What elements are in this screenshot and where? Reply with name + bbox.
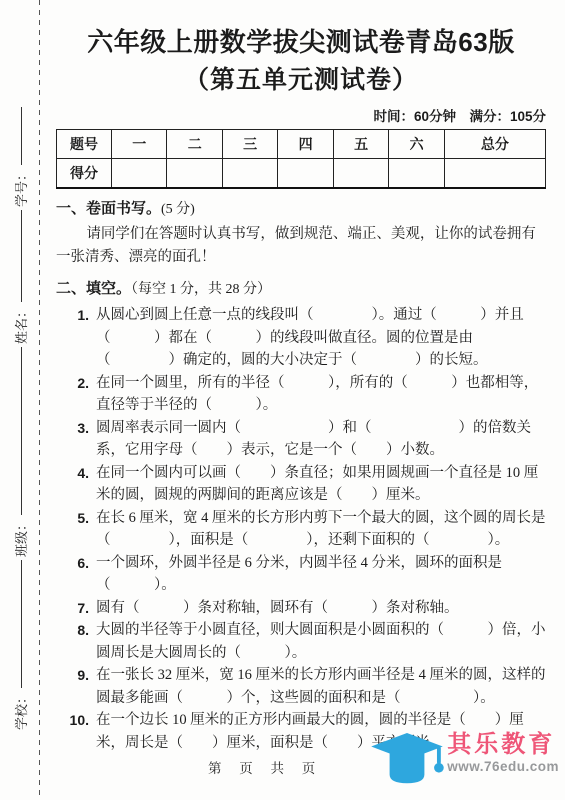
- question-item: 9.在一张长 32 厘米，宽 16 厘米的长方形内画半径是 4 厘米的圆，这样的…: [56, 664, 546, 709]
- question-item: 3.圆周率表示同一圆内（ ）和（ ）的倍数关系，它用字母（ ）表示，它是一个（ …: [56, 417, 546, 462]
- seal-blank-line: [21, 107, 22, 165]
- question-number: 2.: [56, 372, 89, 395]
- question-item: 5.在长 6 厘米，宽 4 厘米的长方形内剪下一个最大的圆，这个圆的周长是（ ）…: [56, 507, 546, 552]
- question-text: 大圆的半径等于小圆直径，则大圆面积是小圆面积的（ ）倍，小圆周长是大圆周长的（ …: [96, 622, 546, 661]
- seal-dashed-line: [39, 0, 41, 800]
- page-title: 六年级上册数学拔尖测试卷青岛63版: [56, 25, 546, 59]
- question-number: 1.: [56, 304, 89, 327]
- brand-text-block: 其乐教育 www.76edu.com: [447, 732, 559, 775]
- question-number: 3.: [56, 417, 89, 440]
- score-blank-cell: [333, 159, 388, 189]
- score-blank-cell: [167, 159, 222, 189]
- seal-field-name: 姓名：: [11, 305, 30, 344]
- question-number: 6.: [56, 552, 89, 575]
- question-number: 8.: [56, 619, 89, 642]
- score-table-cell: 一: [112, 130, 167, 159]
- section-one-heading: 一、卷面书写。(5 分): [56, 198, 546, 221]
- question-number: 7.: [56, 597, 89, 620]
- question-item: 1.从圆心到圆上任意一点的线段叫（ ）。通过（ ）并且（ ）都在（ ）的线段叫做…: [56, 304, 546, 372]
- section-one-score: (5 分): [161, 202, 195, 217]
- score-table-cell: 得分: [57, 159, 112, 189]
- question-text: 圆周率表示同一圆内（ ）和（ ）的倍数关系，它用字母（ ）表示，它是一个（ ）小…: [96, 420, 531, 459]
- question-text: 一个圆环，外圆半径是 6 分米，内圆半径 4 分米，圆环的面积是（ ）。: [96, 555, 502, 594]
- section-one-title: 一、卷面书写。: [56, 200, 161, 217]
- score-table-cell: 题号: [57, 130, 112, 159]
- question-item: 7.圆有（ ）条对称轴，圆环有（ ）条对称轴。: [56, 597, 546, 620]
- question-number: 10.: [56, 709, 89, 732]
- question-text: 圆有（ ）条对称轴，圆环有（ ）条对称轴。: [96, 600, 459, 616]
- score-blank-cell: [389, 159, 444, 189]
- score-blank-cell: [444, 159, 545, 189]
- score-blank-cell: [112, 159, 167, 189]
- question-item: 6.一个圆环，外圆半径是 6 分米，内圆半径 4 分米，圆环的面积是（ ）。: [56, 552, 546, 597]
- score-table-cell: 总分: [444, 130, 545, 159]
- fill-in-blank-items: 1.从圆心到圆上任意一点的线段叫（ ）。通过（ ）并且（ ）都在（ ）的线段叫做…: [56, 304, 546, 754]
- score-table-cell: 二: [167, 130, 222, 159]
- brand-logo: 其乐教育 www.76edu.com: [370, 732, 559, 790]
- section-two-heading: 二、填空。（每空 1 分，共 28 分）: [56, 278, 546, 301]
- question-item: 4.在同一个圆内可以画（ ）条直径；如果用圆规画一个直径是 10 厘米的圆，圆规…: [56, 462, 546, 507]
- question-item: 8.大圆的半径等于小圆直径，则大圆面积是小圆面积的（ ）倍，小圆周长是大圆周长的…: [56, 619, 546, 664]
- score-table-cell: 六: [389, 130, 444, 159]
- brand-url: www.76edu.com: [447, 759, 559, 775]
- score-table-score-row: 得分: [57, 159, 546, 189]
- seal-strip: 学校： 班级： 姓名： 学号：: [2, 0, 38, 800]
- question-text: 在同一个圆里，所有的半径（ ），所有的（ ）也都相等，直径等于半径的（ ）。: [96, 375, 538, 414]
- question-item: 2.在同一个圆里，所有的半径（ ），所有的（ ）也都相等，直径等于半径的（ ）。: [56, 372, 546, 417]
- section-two-title: 二、填空。: [56, 280, 131, 297]
- graduation-cap-icon: [370, 732, 444, 790]
- seal-blank-line: [21, 560, 22, 688]
- question-text: 在长 6 厘米，宽 4 厘米的长方形内剪下一个最大的圆，这个圆的周长是（ ），面…: [96, 510, 546, 549]
- question-number: 9.: [56, 664, 89, 687]
- score-blank-cell: [278, 159, 333, 189]
- seal-blank-line: [21, 347, 22, 515]
- footer-page-number: 第 页 共 页: [208, 757, 322, 777]
- paper-content: 六年级上册数学拔尖测试卷青岛63版 （第五单元测试卷） 时间：60分钟 满分：1…: [56, 0, 546, 754]
- section-two-score: （每空 1 分，共 28 分）: [131, 282, 271, 297]
- score-table: 题号 一 二 三 四 五 六 总分 得分: [56, 129, 546, 189]
- seal-field-student-id: 学号：: [11, 168, 30, 207]
- question-number: 4.: [56, 462, 89, 485]
- question-text: 在一张长 32 厘米，宽 16 厘米的长方形内画半径是 4 厘米的圆，这样的圆最…: [96, 667, 546, 706]
- score-table-header-row: 题号 一 二 三 四 五 六 总分: [57, 130, 546, 159]
- exam-paper-page: 学校： 班级： 姓名： 学号： 六年级上册数学拔尖测试卷青岛63版 （第五单元测…: [0, 0, 565, 800]
- question-text: 从圆心到圆上任意一点的线段叫（ ）。通过（ ）并且（ ）都在（ ）的线段叫做直径…: [96, 307, 524, 368]
- page-subtitle: （第五单元测试卷）: [56, 64, 546, 97]
- section-one-body: 请同学们在答题时认真书写，做到规范、端正、美观，让你的试卷拥有一张清秀、漂亮的面…: [56, 223, 546, 269]
- brand-name: 其乐教育: [447, 732, 555, 758]
- score-table-cell: 三: [222, 130, 277, 159]
- score-table-cell: 五: [333, 130, 388, 159]
- seal-field-class: 班级：: [11, 518, 30, 557]
- score-table-cell: 四: [278, 130, 333, 159]
- question-text: 在同一个圆内可以画（ ）条直径；如果用圆规画一个直径是 10 厘米的圆，圆规的两…: [96, 465, 538, 504]
- seal-blank-line: [21, 210, 22, 302]
- seal-field-school: 学校：: [11, 691, 30, 730]
- score-blank-cell: [222, 159, 277, 189]
- question-number: 5.: [56, 507, 89, 530]
- exam-time-score-info: 时间：60分钟 满分：105分: [56, 105, 546, 125]
